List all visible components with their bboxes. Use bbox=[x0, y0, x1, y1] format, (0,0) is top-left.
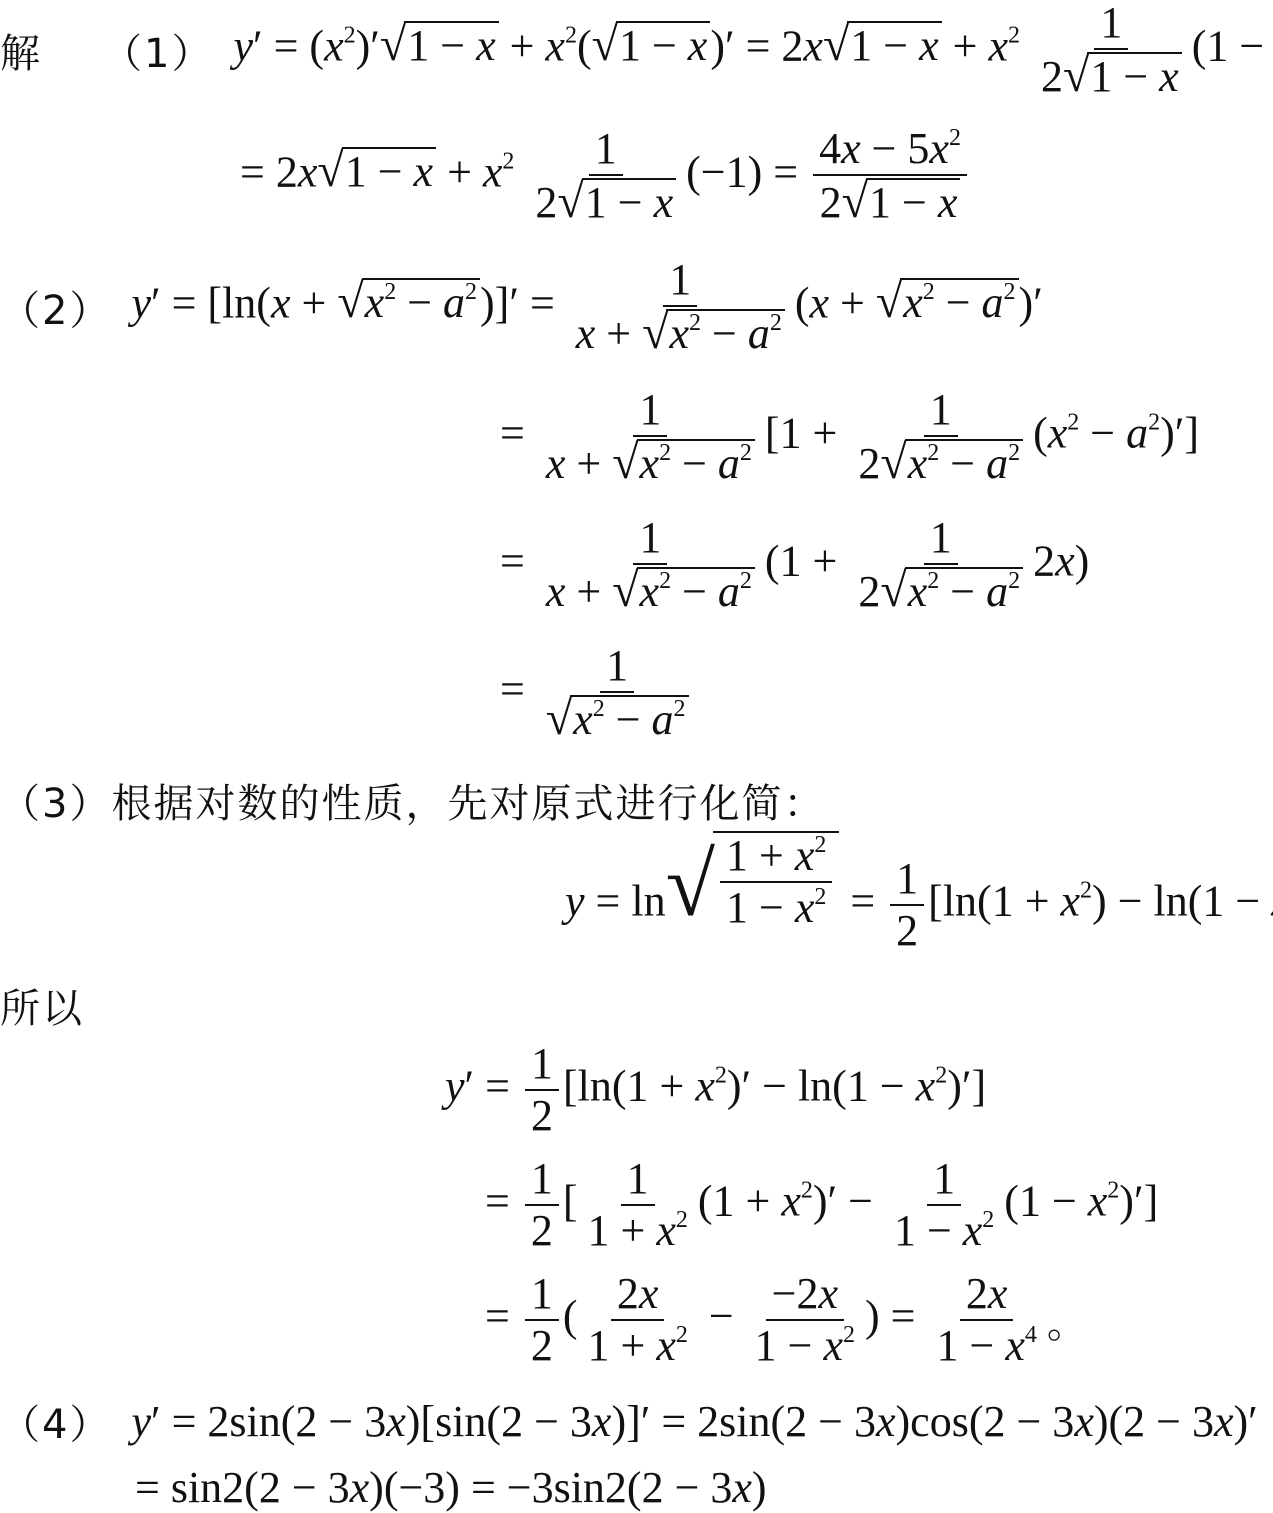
equation: = 1√x2 − a2 bbox=[500, 643, 699, 744]
equation: = sin2(2 − 3x)(−3) = −3sin2(2 − 3x) bbox=[135, 1462, 767, 1513]
equation: y′ = 2sin(2 − 3x)[sin(2 − 3x)]′ = 2sin(2… bbox=[131, 1396, 1257, 1447]
therefore-text: 所以 bbox=[0, 977, 84, 1034]
intro-text: 根据对数的性质，先对原式进行化简： bbox=[111, 772, 825, 829]
equation: = 12(2x1 + x2 − −2x1 − x2) = 2x1 − x4 bbox=[485, 1271, 1047, 1369]
period: 。 bbox=[1047, 1292, 1089, 1349]
solution-label: 解 bbox=[0, 22, 42, 79]
part2-line1: （2） y′ = [ln(x + √x2 − a2)]′ = 1x + √x2 … bbox=[0, 248, 1043, 366]
equation: = 2x√1 − x + x2 12√1 − x(−1) = 4x − 5x22… bbox=[240, 126, 971, 227]
part4-line1: （4） y′ = 2sin(2 − 3x)[sin(2 − 3x)]′ = 2s… bbox=[0, 1390, 1258, 1452]
part3-intro: （3） 根据对数的性质，先对原式进行化简： bbox=[0, 770, 825, 830]
equation: = 1x + √x2 − a2(1 + 12√x2 − a22x) bbox=[500, 515, 1089, 616]
part2-line3: = 1x + √x2 − a2(1 + 12√x2 − a22x) bbox=[500, 506, 1089, 624]
equation: y′ = (x2)′√1 − x + x2(√1 − x)′ = 2x√1 − … bbox=[233, 0, 1273, 100]
part2-line4: = 1√x2 − a2 bbox=[500, 634, 699, 752]
equation: y′ = [ln(x + √x2 − a2)]′ = 1x + √x2 − a2… bbox=[131, 257, 1042, 358]
part3-simplified: y = ln√1 + x21 − x2 = 12[ln(1 + x2) − ln… bbox=[565, 830, 1273, 955]
part2-line2: = 1x + √x2 − a2[1 + 12√x2 − a2(x2 − a2)′… bbox=[500, 378, 1199, 496]
equation: y = ln√1 + x21 − x2 = 12[ln(1 + x2) − ln… bbox=[565, 831, 1273, 954]
part-label-4: （4） bbox=[0, 1393, 111, 1450]
part1-line2: = 2x√1 − x + x2 12√1 − x(−1) = 4x − 5x22… bbox=[240, 118, 971, 234]
equation: = 1x + √x2 − a2[1 + 12√x2 − a2(x2 − a2)′… bbox=[500, 387, 1199, 488]
part3-line1: y′ = 12[ln(1 + x2)′ − ln(1 − x2)′] bbox=[445, 1035, 986, 1145]
part-label-3: （3） bbox=[0, 772, 111, 829]
equation: = 12[11 + x2(1 + x2)′ − 11 − x2(1 − x2)′… bbox=[485, 1156, 1158, 1254]
part-label-2: （2） bbox=[0, 279, 111, 336]
part3-line2: = 12[11 + x2(1 + x2)′ − 11 − x2(1 − x2)′… bbox=[485, 1150, 1158, 1260]
therefore-label: 所以 bbox=[0, 975, 84, 1035]
part-label-1: （1） bbox=[102, 22, 213, 79]
part1-line1: 解 （1） y′ = (x2)′√1 − x + x2(√1 − x)′ = 2… bbox=[0, 0, 1273, 100]
equation: y′ = 12[ln(1 + x2)′ − ln(1 − x2)′] bbox=[445, 1041, 986, 1139]
part3-line3: = 12(2x1 + x2 − −2x1 − x2) = 2x1 − x4 。 bbox=[485, 1265, 1089, 1375]
part4-line2: = sin2(2 − 3x)(−3) = −3sin2(2 − 3x) bbox=[135, 1458, 767, 1513]
